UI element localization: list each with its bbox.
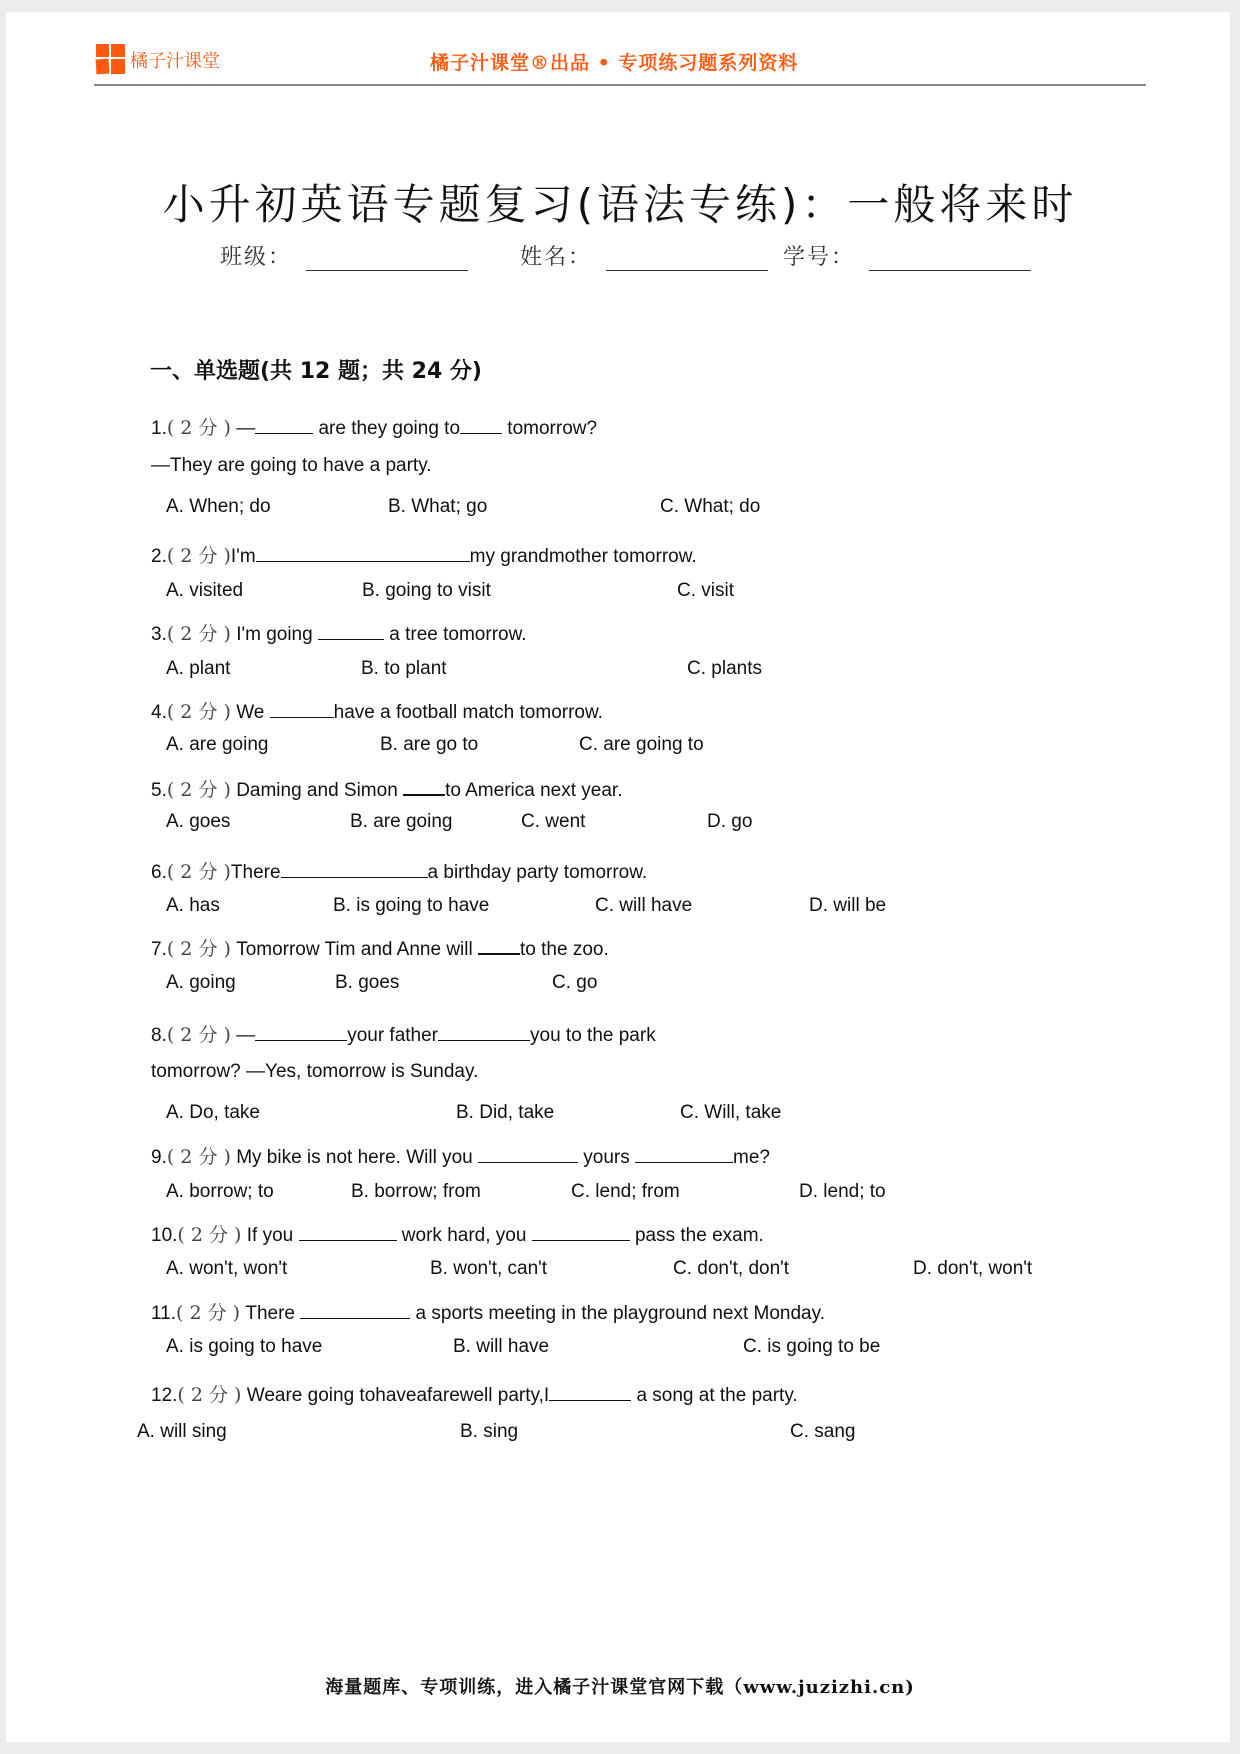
question-4: 4.( 2 分 ) We have a football match tomor…: [151, 697, 603, 724]
q6-option-c[interactable]: C. will have: [595, 895, 692, 917]
question-6: 6.( 2 分 )Therea birthday party tomorrow.: [151, 857, 647, 884]
question-8: 8.( 2 分 ) —your fatheryou to the park: [151, 1020, 656, 1047]
question-5: 5.( 2 分 ) Daming and Simon to America ne…: [151, 775, 622, 802]
q8-option-b[interactable]: B. Did, take: [456, 1102, 554, 1124]
q5-option-c[interactable]: C. went: [521, 811, 585, 833]
q10-option-c[interactable]: C. don't, don't: [673, 1258, 789, 1280]
q9-option-a[interactable]: A. borrow; to: [166, 1181, 274, 1203]
q9-option-c[interactable]: C. lend; from: [571, 1181, 680, 1203]
q8-option-c[interactable]: C. Will, take: [680, 1102, 781, 1124]
q3-option-a[interactable]: A. plant: [166, 658, 230, 680]
footer-note: 海量题库、专项训练，进入橘子汁课堂官网下载（www.juzizhi.cn): [0, 1673, 1240, 1699]
q6-option-a[interactable]: A. has: [166, 895, 220, 917]
question-3: 3.( 2 分 ) I'm going a tree tomorrow.: [151, 619, 527, 646]
q4-option-a[interactable]: A. are going: [166, 734, 268, 756]
question-10: 10.( 2 分 ) If you work hard, you pass th…: [151, 1220, 764, 1247]
q2-option-c[interactable]: C. visit: [677, 580, 734, 602]
q4-option-b[interactable]: B. are go to: [380, 734, 478, 756]
q5-option-b[interactable]: B. are going: [350, 811, 452, 833]
question-9: 9.( 2 分 ) My bike is not here. Will you …: [151, 1142, 770, 1169]
q11-option-c[interactable]: C. is going to be: [743, 1336, 880, 1358]
question-8-line-2: tomorrow? —Yes, tomorrow is Sunday.: [151, 1061, 478, 1083]
q9-option-d[interactable]: D. lend; to: [799, 1181, 886, 1203]
q4-option-c[interactable]: C. are going to: [579, 734, 704, 756]
name-label: 姓名：: [520, 245, 592, 270]
q1-option-c[interactable]: C. What; do: [660, 496, 760, 518]
q12-option-c[interactable]: C. sang: [790, 1421, 855, 1443]
name-field[interactable]: 姓名：: [520, 240, 768, 271]
question-1: 1.( 2 分 ) — are they going to tomorrow?: [151, 413, 597, 440]
q7-option-c[interactable]: C. go: [552, 972, 597, 994]
q8-option-a[interactable]: A. Do, take: [166, 1102, 260, 1124]
q11-option-b[interactable]: B. will have: [453, 1336, 549, 1358]
page-title: 小升初英语专题复习(语法专练)：一般将来时: [0, 172, 1240, 232]
q10-option-a[interactable]: A. won't, won't: [166, 1258, 287, 1280]
section-heading: 一、单选题(共 12 题；共 24 分): [150, 354, 482, 385]
q10-option-b[interactable]: B. won't, can't: [430, 1258, 547, 1280]
q12-option-a[interactable]: A. will sing: [137, 1421, 227, 1443]
student-number-field[interactable]: 学号：: [783, 240, 1031, 271]
student-number-label: 学号：: [783, 245, 855, 270]
brand-logo-icon: [96, 44, 126, 74]
class-blank[interactable]: [306, 248, 468, 271]
brand-name: 橘子汁课堂: [130, 47, 220, 73]
header-tagline: 橘子汁课堂®出品 • 专项练习题系列资料: [430, 48, 798, 75]
q7-option-b[interactable]: B. goes: [335, 972, 399, 994]
question-7: 7.( 2 分 ) Tomorrow Tim and Anne will to …: [151, 934, 609, 961]
q12-option-b[interactable]: B. sing: [460, 1421, 518, 1443]
class-field[interactable]: 班级：: [220, 240, 468, 271]
q5-option-a[interactable]: A. goes: [166, 811, 230, 833]
question-11: 11.( 2 分 ) There a sports meeting in the…: [151, 1298, 825, 1325]
q3-option-b[interactable]: B. to plant: [361, 658, 447, 680]
q2-option-a[interactable]: A. visited: [166, 580, 243, 602]
q9-option-b[interactable]: B. borrow; from: [351, 1181, 481, 1203]
q5-option-d[interactable]: D. go: [707, 811, 752, 833]
q2-option-b[interactable]: B. going to visit: [362, 580, 491, 602]
q1-option-a[interactable]: A. When; do: [166, 496, 271, 518]
q10-option-d[interactable]: D. don't, won't: [913, 1258, 1032, 1280]
q11-option-a[interactable]: A. is going to have: [166, 1336, 322, 1358]
student-number-blank[interactable]: [869, 248, 1031, 271]
q6-option-b[interactable]: B. is going to have: [333, 895, 489, 917]
class-label: 班级：: [220, 245, 292, 270]
q7-option-a[interactable]: A. going: [166, 972, 236, 994]
question-1-answer-line: —They are going to have a party.: [151, 455, 432, 477]
q6-option-d[interactable]: D. will be: [809, 895, 886, 917]
q1-option-b[interactable]: B. What; go: [388, 496, 487, 518]
q3-option-c[interactable]: C. plants: [687, 658, 762, 680]
question-12: 12.( 2 分 ) Weare going tohaveafarewell p…: [151, 1380, 798, 1407]
header-divider: [94, 84, 1146, 86]
question-2: 2.( 2 分 )I'mmy grandmother tomorrow.: [151, 541, 697, 568]
name-blank[interactable]: [606, 248, 768, 271]
